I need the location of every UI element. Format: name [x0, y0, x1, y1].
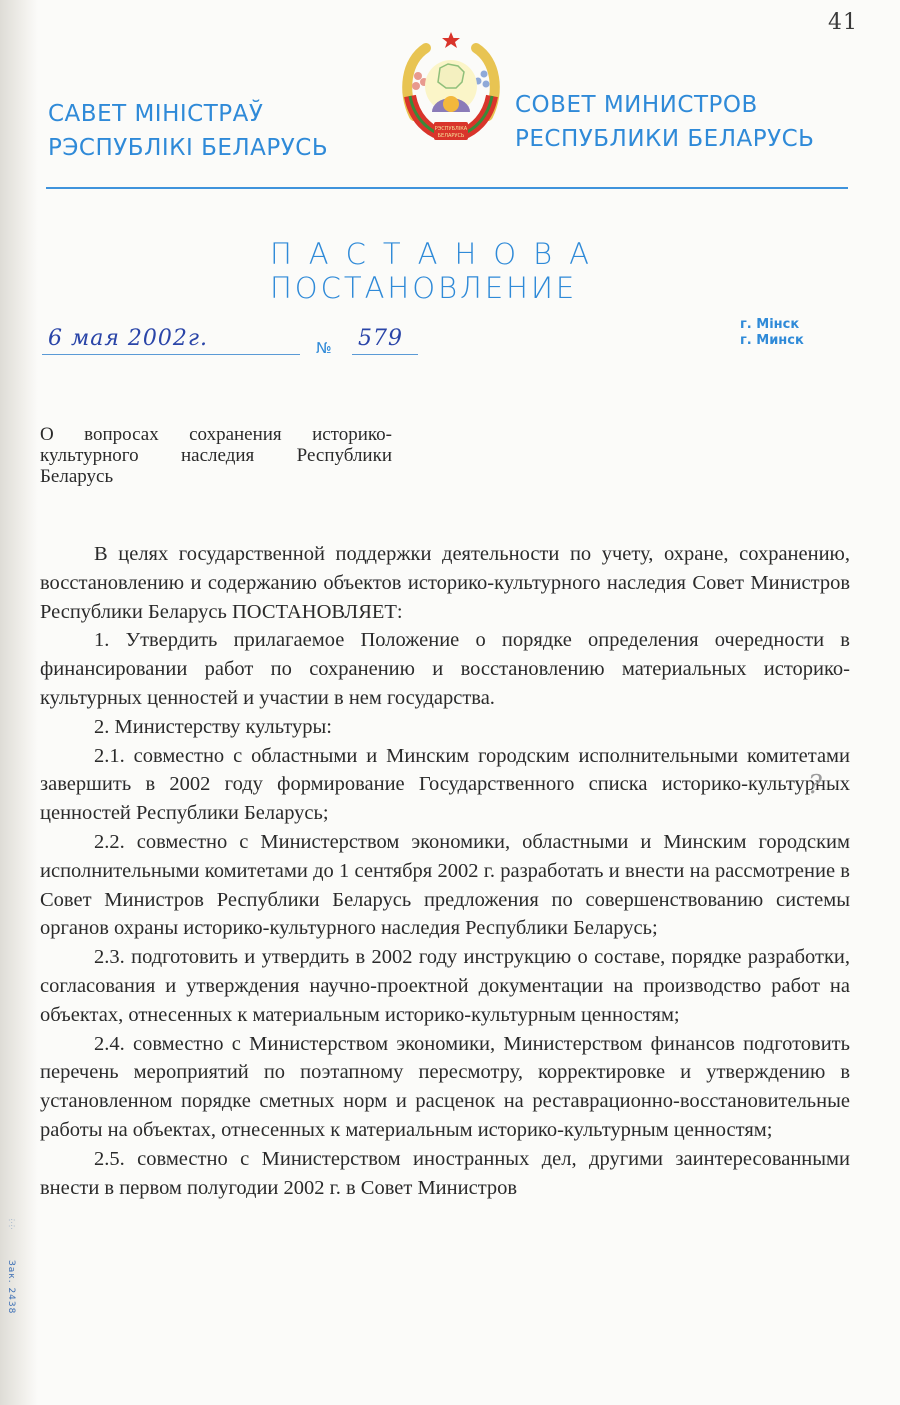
document-body: В целях государственной поддержки деятел…: [40, 540, 850, 1202]
body-paragraph: 2.2. совместно с Министерством экономики…: [40, 828, 850, 943]
city-be: г. Мінск: [740, 317, 804, 333]
date-handwritten: 6 мая 2002г.: [48, 326, 208, 351]
body-paragraph: 2. Министерству культуры:: [40, 713, 850, 742]
header-be-line1: САВЕТ МІНІСТРАЎ: [48, 97, 328, 131]
body-paragraph: 2.1. совместно с областными и Минским го…: [40, 742, 850, 828]
stamp-dots-icon: ·:··:·: [8, 1218, 20, 1240]
body-paragraph: 1. Утвердить прилагаемое Положение о пор…: [40, 626, 850, 712]
city-ru: г. Минск: [740, 333, 804, 349]
date-field: 6 мая 2002г.: [42, 324, 300, 355]
doc-type-be: ПАСТАНОВА: [270, 237, 630, 271]
print-order-stamp: Зак. 2438: [2, 1260, 16, 1314]
svg-text:РЭСПУБЛІКА: РЭСПУБЛІКА: [435, 126, 468, 132]
body-paragraph: 2.3. подготовить и утвердить в 2002 году…: [40, 943, 850, 1029]
body-paragraph: В целях государственной поддержки деятел…: [40, 540, 850, 626]
margin-question-mark: ?: [808, 770, 822, 800]
document-subject: О вопросах сохранения историко-культурно…: [40, 424, 392, 487]
number-handwritten: 579: [358, 326, 403, 351]
coat-of-arms-icon: РЭСПУБЛІКА БЕЛАРУСЬ: [396, 26, 506, 146]
header-ru-line2: РЕСПУБЛИКИ БЕЛАРУСЬ: [515, 122, 814, 156]
body-paragraph: 2.4. совместно с Министерством экономики…: [40, 1030, 850, 1145]
header-ru-line1: СОВЕТ МИНИСТРОВ: [515, 88, 814, 122]
header-divider: [46, 187, 848, 189]
city-block: г. Мінск г. Минск: [740, 317, 804, 349]
svg-text:БЕЛАРУСЬ: БЕЛАРУСЬ: [438, 133, 465, 139]
doc-type-ru: ПОСТАНОВЛЕНИЕ: [270, 271, 630, 305]
document-type: ПАСТАНОВА ПОСТАНОВЛЕНИЕ: [270, 237, 630, 305]
page-number: 41: [828, 10, 858, 35]
number-field: 579: [352, 324, 418, 355]
header-russian: СОВЕТ МИНИСТРОВ РЕСПУБЛИКИ БЕЛАРУСЬ: [515, 88, 814, 156]
header-belarusian: САВЕТ МІНІСТРАЎ РЭСПУБЛІКІ БЕЛАРУСЬ: [48, 97, 328, 165]
page-edge-shadow: [0, 0, 38, 1405]
body-paragraph: 2.5. совместно с Министерством иностранн…: [40, 1145, 850, 1203]
number-sign: №: [316, 339, 332, 357]
header-be-line2: РЭСПУБЛІКІ БЕЛАРУСЬ: [48, 131, 328, 165]
